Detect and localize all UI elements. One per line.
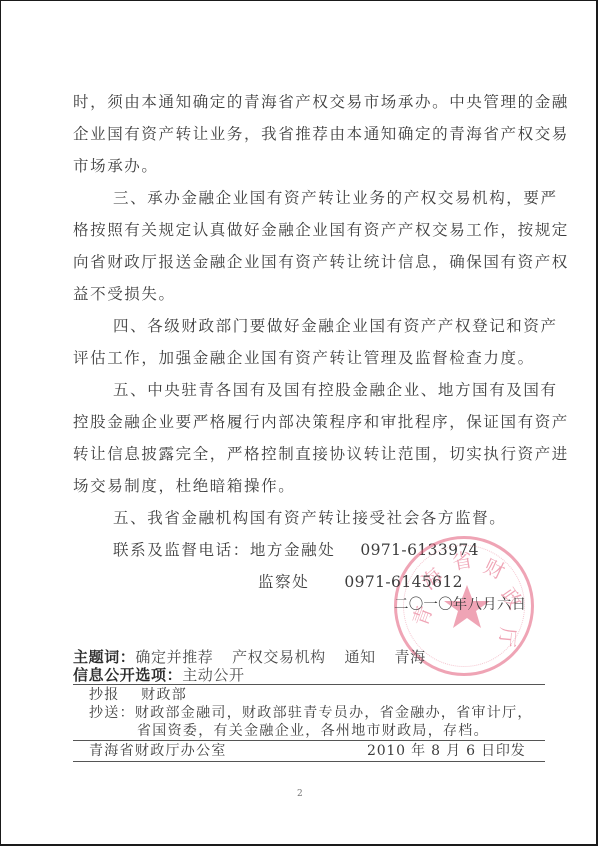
keyword: 确定并推荐 bbox=[135, 648, 213, 666]
contacts-label: 联系及监督电话： bbox=[113, 541, 250, 559]
item-4-line: 评估工作，加强金融企业国有资产转让管理及监督检查力度。 bbox=[73, 348, 535, 368]
item-5a-line: 控股金融企业要严格履行内部决策程序和审批程序，保证国有资产 bbox=[73, 412, 569, 432]
keyword: 青海 bbox=[394, 648, 425, 666]
contacts-row-2: 监察处 0971-6145612 bbox=[258, 572, 463, 592]
signature-date: 二〇一〇年八月六日 bbox=[394, 595, 526, 615]
divider bbox=[73, 761, 545, 762]
disclosure-label: 信息公开选项： bbox=[73, 666, 182, 684]
keyword: 产权交易机构 bbox=[232, 648, 326, 666]
keywords-row: 主题词：确定并推荐 产权交易机构 通知 青海 bbox=[73, 647, 426, 667]
cc-send-line-2: 省国资委，有关金融企业，各州地市财政局，存档。 bbox=[137, 721, 489, 741]
cc-report-value: 财政部 bbox=[141, 687, 187, 703]
issue-date: 2010 年 8 月 6 日印发 bbox=[367, 741, 526, 761]
disclosure-value: 主动公开 bbox=[182, 666, 244, 684]
item-5b-line: 五、我省金融机构国有资产转让接受社会各方监督。 bbox=[113, 508, 506, 528]
item-5a-line: 五、中央驻青各国有及国有控股金融企业、地方国有及国有 bbox=[113, 380, 558, 400]
body-line: 市场承办。 bbox=[73, 156, 159, 176]
cc-send-line-1: 财政部金融司，财政部驻青专员办，省金融办，省审计厅， bbox=[135, 705, 533, 721]
item-4-line: 四、各级财政部门要做好金融企业国有资产产权登记和资产 bbox=[113, 316, 558, 336]
cc-send-row: 抄送：财政部金融司，财政部驻青专员办，省金融办，省审计厅， bbox=[89, 703, 533, 723]
item-5a-line: 场交易制度，杜绝暗箱操作。 bbox=[73, 476, 295, 496]
item-3-line: 格按照有关规定认真做好金融企业国有资产产权交易工作，按规定 bbox=[73, 220, 569, 240]
document-page: 时，须由本通知确定的青海省产权交易市场承办。中央管理的金融 企业国有资产转让业务… bbox=[0, 0, 598, 846]
contact-dept: 地方金融处 bbox=[250, 541, 336, 559]
keyword: 通知 bbox=[345, 648, 376, 666]
contact-dept: 监察处 bbox=[258, 573, 309, 591]
cc-send-label: 抄送： bbox=[89, 705, 135, 721]
item-3-line: 益不受损失。 bbox=[73, 284, 176, 304]
cc-report-row: 抄报 财政部 bbox=[89, 685, 187, 705]
keywords-label: 主题词： bbox=[73, 648, 135, 666]
body-line: 时，须由本通知确定的青海省产权交易市场承办。中央管理的金融 bbox=[73, 92, 569, 112]
page-number: 2 bbox=[297, 789, 303, 799]
seal-char: 厅 bbox=[494, 626, 525, 648]
contact-phone: 0971-6145612 bbox=[344, 573, 463, 591]
cc-report-label: 抄报 bbox=[89, 687, 120, 703]
disclosure-row: 信息公开选项：主动公开 bbox=[73, 665, 245, 685]
issuer: 青海省财政厅办公室 bbox=[89, 741, 227, 761]
body-line: 企业国有资产转让业务，我省推荐由本通知确定的青海省产权交易 bbox=[73, 124, 569, 144]
item-3-line: 三、承办金融企业国有资产转让业务的产权交易机构，要严 bbox=[113, 188, 558, 208]
item-3-line: 向省财政厅报送金融企业国有资产转让统计信息，确保国有资产权 bbox=[73, 252, 569, 272]
item-5a-line: 转让信息披露完全，严格控制直接协议转让范围，切实执行资产进 bbox=[73, 444, 569, 464]
